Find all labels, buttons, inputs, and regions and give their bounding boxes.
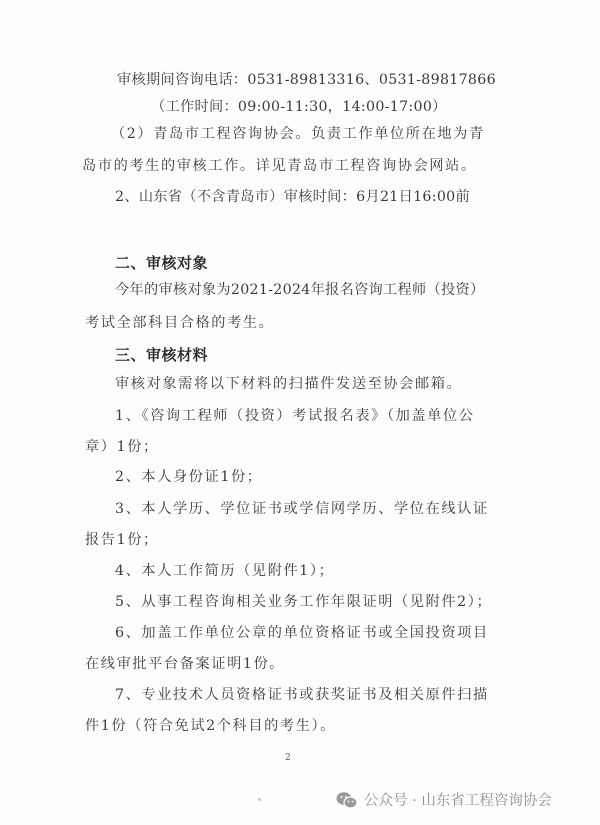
section-3-heading: 三、审核材料 (115, 345, 208, 365)
material-item-3-line-1: 3、本人学历、学位证书或学信网学历、学位在线认证 (115, 499, 489, 519)
section-3-intro: 审核对象需将以下材料的扫描件发送至协会邮箱。 (115, 374, 462, 394)
material-item-4: 4、本人工作简历（见附件1）； (115, 561, 334, 581)
section-2-paragraph-line-1: 今年的审核对象为2021-2024年报名咨询工程师（投资） (115, 280, 484, 300)
wechat-watermark: 公众号 · 山东省工程咨询协会 (336, 789, 552, 810)
document-page: 审核期间咨询电话：0531-89813316、0531-89817866 （工作… (0, 0, 600, 825)
material-item-2: 2、本人身份证1份； (115, 467, 263, 487)
section-2-paragraph-line-2: 考试全部科目合格的考生。 (85, 313, 274, 333)
material-item-7-line-1: 7、专业技术人员资格证书或获奖证书及相关原件扫描 (115, 685, 489, 705)
material-item-5: 5、从事工程咨询相关业务工作年限证明（见附件2）； (115, 592, 492, 612)
material-item-1-line-1: 1、《咨询工程师（投资）考试报名表》（加盖单位公 (115, 406, 475, 426)
qingdao-association-line-1: （2）青岛市工程咨询协会。负责工作单位所在地为青 (111, 124, 485, 144)
consult-phone-line: 审核期间咨询电话：0531-89813316、0531-89817866 (117, 70, 496, 90)
material-item-1-line-2: 章）1份； (85, 437, 159, 457)
work-hours-line: （工作时间：09:00-11:30，14:00-17:00） (151, 97, 447, 117)
material-item-7-line-2: 件1份（符合免试2个科目的考生）。 (85, 716, 336, 736)
scan-speck (258, 798, 261, 801)
material-item-6-line-2: 在线审批平台备案证明1份。 (85, 654, 285, 674)
qingdao-association-line-2: 岛市的考生的审核工作。详见青岛市工程咨询协会网站。 (82, 156, 477, 176)
shandong-review-time-line: 2、山东省（不含青岛市）审核时间：6月21日16:00前 (115, 187, 470, 207)
material-item-6-line-1: 6、加盖工作单位公章的单位资格证书或全国投资项目 (115, 623, 489, 643)
section-2-heading: 二、审核对象 (115, 253, 208, 273)
page-number: 2 (285, 753, 291, 763)
watermark-text: 公众号 · 山东省工程咨询协会 (364, 789, 552, 810)
wechat-icon (336, 791, 358, 809)
material-item-3-line-2: 报告1份； (85, 530, 159, 550)
